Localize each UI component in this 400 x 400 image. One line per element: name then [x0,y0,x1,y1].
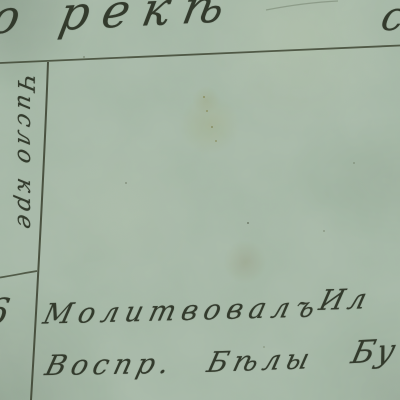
top-rule-line [0,46,400,64]
entry-line-1-continued: Ил [316,282,375,317]
faint-top-mark [266,1,338,10]
foxing-specks [203,96,205,98]
entry-line-2-name: Бѣлы [204,342,318,379]
paper-texture [0,0,400,400]
table-rules [0,0,400,400]
entry-line-2-abbrev: Воспр. [42,347,178,382]
column-header-vertical: Число кре [11,70,38,235]
cell-divider-line [0,271,37,278]
page-heading-fragment: о рекѣ [0,0,242,45]
row-number: 6 [0,292,13,333]
entry-line-2-continued: Бу [348,333,400,372]
manuscript-page: о рекѣ с Число кре 6 Молитвовалъ Ил Восп… [0,0,400,400]
entry-line-1-word: Молитвовалъ [40,290,324,330]
heading-fragment-right: с [377,0,400,40]
